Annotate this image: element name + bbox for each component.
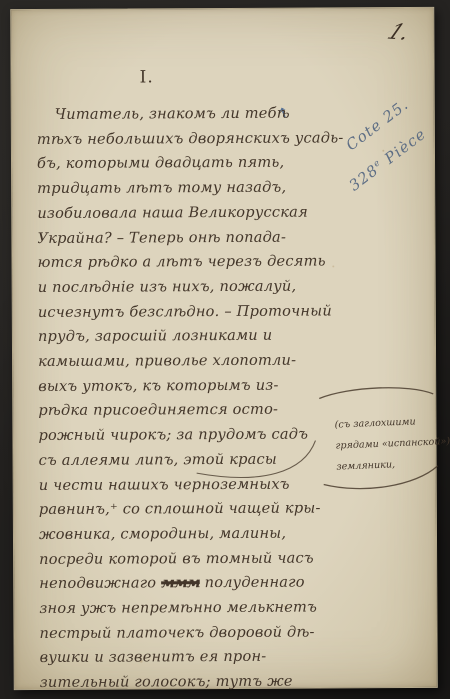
manuscript-line: прудъ, заросшій лозниками и [38, 324, 360, 350]
manuscript-line: Читатель, знакомъ ли тебѣ [37, 101, 359, 127]
manuscript-line: неподвижнаго ммм полуденнаго [39, 571, 361, 597]
manuscript-line: зноя ужъ непремѣнно мелькнетъ [39, 595, 361, 621]
manuscript-line: рожный чирокъ; за прудомъ садъ [38, 422, 360, 448]
manuscript-line: тѣхъ небольшихъ дворянскихъ усадь- [37, 126, 359, 152]
manuscript-text: Читатель, знакомъ ли тебѣ тѣхъ небольших… [37, 101, 362, 696]
manuscript-line: съ аллеями липъ, этой красы [39, 447, 361, 473]
manuscript-line: выхъ утокъ, къ которымъ из- [38, 373, 360, 399]
manuscript-line: и чести нашихъ черноземныхъ [39, 472, 361, 498]
manuscript-line: равнинъ,⁺ со сплошной чащей кры- [39, 497, 361, 523]
manuscript-line: вушки и зазвенитъ ея прон- [40, 645, 362, 671]
page-number: 1. [384, 19, 416, 44]
manuscript-line: зительный голосокъ; тутъ же [40, 669, 362, 695]
margin-note-line: грядами «испанской») [335, 431, 450, 457]
manuscript-line: бъ, которыми двадцать пять, [37, 151, 359, 177]
crossed-out-word: ммм [161, 574, 200, 591]
photo-background: 1. I. Cote 25. 328e Pièce ↑ Читатель, зн… [0, 0, 450, 699]
manuscript-line: изобиловала наша Великорусская [37, 200, 359, 226]
manuscript-line: жовника, смородины, малины, [39, 521, 361, 547]
margin-note: (съ заглохшими грядами «испанской») земл… [334, 410, 450, 478]
manuscript-line: тридцать лѣтъ тому назадъ, [37, 175, 359, 201]
manuscript-line: и послѣдніе изъ нихъ, пожалуй, [38, 274, 360, 300]
manuscript-line: камышами, приволье хлопотли- [38, 348, 360, 374]
manuscript-line: исчезнутъ безслѣдно. – Проточный [38, 299, 360, 325]
manuscript-line: посреди которой въ томный часъ [39, 546, 361, 572]
manuscript-line: Украйна? – Теперь онѣ попада- [37, 225, 359, 251]
margin-note-line: земляники, [336, 452, 450, 478]
manuscript-line: пестрый платочекъ дворовой дѣ- [39, 620, 361, 646]
manuscript-line: ются рѣдко а лѣтъ черезъ десять [37, 250, 359, 276]
manuscript-paper: 1. I. Cote 25. 328e Pièce ↑ Читатель, зн… [10, 7, 438, 690]
section-heading: I. [140, 67, 154, 87]
manuscript-line: рѣдка присоединяется осто- [38, 398, 360, 424]
